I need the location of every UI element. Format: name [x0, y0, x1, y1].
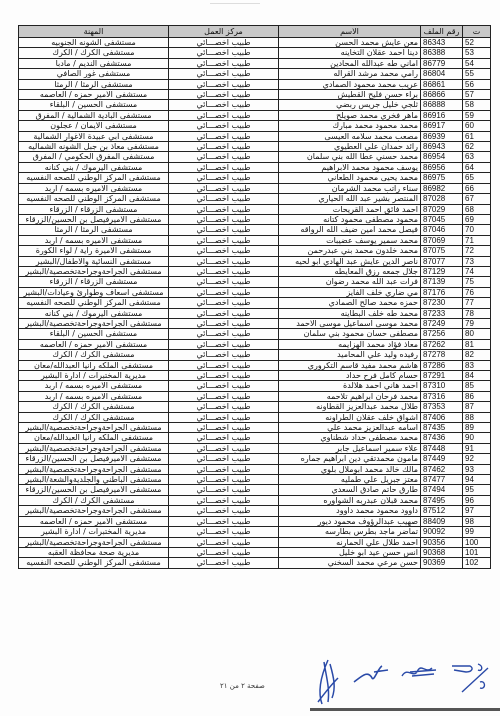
cell-work-center: طبيب اخصـــائي: [169, 142, 279, 152]
cell-seq: 56: [463, 79, 491, 89]
header-work-center: مركز العمل: [169, 26, 279, 38]
cell-profession: مستشفى الاميرفيصل بن الحسين/الزرقاء: [19, 485, 169, 495]
cell-seq: 87: [463, 402, 491, 412]
cell-work-center: طبيب اخصـــائي: [169, 547, 279, 557]
cell-work-center: طبيب اخصـــائي: [169, 121, 279, 131]
header-mark: [210, 3, 260, 4]
cell-profession: مستشفى الشونه الجنوبيه: [19, 38, 169, 48]
table-row: 8387286هاشم محمد مفيد قاسم التكروريطبيب …: [19, 360, 491, 370]
cell-profession: مستشفى الكرك / الكرك: [19, 48, 169, 58]
table-row: 7687176مي ضاري خلف الفايزطبيب اخصـــائيم…: [19, 287, 491, 297]
cell-name: فرات عبد الله محمد رضوان: [279, 277, 421, 287]
table-row: 8887406اشواق خلف عقلان الطراونهطبيب اخصـ…: [19, 412, 491, 422]
cell-seq: 73: [463, 256, 491, 266]
cell-profession: مستشفى الاميره بسمه / اربد: [19, 235, 169, 245]
table-row: 8987435اسامه عبدالعزيز محمد عليطبيب اخصـ…: [19, 423, 491, 433]
cell-profession: مستشفى المركز الوطني للصحه النفسيه: [19, 194, 169, 204]
table-row: 10090356احمد طلال علي الحمارنهطبيب اخصــ…: [19, 537, 491, 547]
table-row: 8787353طلال محمد عبدالعزيز القطاونهطبيب …: [19, 402, 491, 412]
cell-work-center: طبيب اخصـــائي: [169, 214, 279, 224]
cell-name: داوود محمود محمد داوود: [279, 506, 421, 516]
cell-seq: 64: [463, 162, 491, 172]
signature-1-icon: [310, 658, 345, 708]
cell-work-center: طبيب اخصـــائي: [169, 339, 279, 349]
table-row: 6987045محمود مصطفى محمود كتانهطبيب اخصــ…: [19, 214, 491, 224]
cell-profession: مستشفى ابي عبيدة الاغوار الشمالية: [19, 131, 169, 141]
cell-seq: 65: [463, 173, 491, 183]
page-number: صفحة ٢ من ٢١: [220, 682, 265, 690]
cell-file-no: 90368: [421, 547, 463, 557]
cell-seq: 57: [463, 90, 491, 100]
cell-file-no: 87286: [421, 360, 463, 370]
cell-profession: مستشفى اليرموك / بني كنانه: [19, 162, 169, 172]
cell-name: محمود مصطفى محمود كتانه: [279, 214, 421, 224]
cell-seq: 72: [463, 246, 491, 256]
cell-file-no: 87069: [421, 235, 463, 245]
cell-profession: مستشفى الامير حمزه / العاصمه: [19, 90, 169, 100]
cell-file-no: 87495: [421, 495, 463, 505]
cell-work-center: طبيب اخصـــائي: [169, 454, 279, 464]
cell-work-center: طبيب اخصـــائي: [169, 412, 279, 422]
cell-seq: 83: [463, 360, 491, 370]
signature-4-icon: [448, 660, 493, 695]
cell-profession: مستشفى غور الصافي: [19, 69, 169, 79]
cell-name: اماني طه عبدالله المحادين: [279, 58, 421, 68]
cell-profession: مستشفى النسائية والاطفال/البشير: [19, 256, 169, 266]
cell-name: انس حسن عيد ابو خليل: [279, 547, 421, 557]
cell-name: محمد مصطفى حداد شطناوي: [279, 433, 421, 443]
cell-name: سناء راتب محمد الشرمان: [279, 183, 421, 193]
table-row: 5686861عريب محمد محمود الصماديطبيب اخصــ…: [19, 79, 491, 89]
cell-profession: مستشفى البادية الشمالية / المفرق: [19, 110, 169, 120]
cell-seq: 69: [463, 214, 491, 224]
cell-file-no: 87316: [421, 391, 463, 401]
cell-file-no: 86943: [421, 142, 463, 152]
cell-work-center: طبيب اخصـــائي: [169, 402, 279, 412]
cell-name: معتز جبريل علي طمليه: [279, 475, 421, 485]
table-row: 5986916ماهر فخري محمد صويلحطبيب اخصـــائ…: [19, 110, 491, 120]
cell-seq: 101: [463, 547, 491, 557]
cell-work-center: طبيب اخصـــائي: [169, 423, 279, 433]
cell-file-no: 86888: [421, 100, 463, 110]
cell-work-center: طبيب اخصـــائي: [169, 225, 279, 235]
cell-file-no: 87462: [421, 464, 463, 474]
cell-file-no: 87353: [421, 402, 463, 412]
cell-seq: 78: [463, 308, 491, 318]
cell-profession: مستشفى الاميره بسمه / اربد: [19, 183, 169, 193]
cell-profession: مستشفى الجراحةوجراحةتخصصية/البشير: [19, 266, 169, 276]
table-row: 9990092تماضر ماجد بطرس بطارسهطبيب اخصـــ…: [19, 527, 491, 537]
cell-name: طارق حاتم صادق السعدي: [279, 485, 421, 495]
cell-seq: 61: [463, 131, 491, 141]
cell-name: مصعب محمد سلامه العيسى: [279, 131, 421, 141]
cell-profession: مديرية صحة محافظة العقبه: [19, 547, 169, 557]
cell-file-no: 87406: [421, 412, 463, 422]
cell-name: محمد يحيى محمود الطعاني: [279, 173, 421, 183]
staff-table: ت رقم الملف الاسم مركز العمل المهنة 5286…: [18, 25, 491, 569]
cell-seq: 55: [463, 69, 491, 79]
cell-name: علاء سمير اسماعيل جابر: [279, 443, 421, 453]
table-row: 8687316محمد فرحان ابراهيم تلاحمهطبيب اخص…: [19, 391, 491, 401]
table-row: 7987249محمد موسى اسماعيل موسى الاحمدطبيب…: [19, 318, 491, 328]
table-row: 6887029احمد فائق احمد القريحاتطبيب اخصــ…: [19, 204, 491, 214]
cell-seq: 97: [463, 506, 491, 516]
cell-file-no: 87310: [421, 381, 463, 391]
cell-work-center: طبيب اخصـــائي: [169, 527, 279, 537]
cell-seq: 91: [463, 443, 491, 453]
table-row: 9687495محمد قبلان عبدربه الشواورهطبيب اخ…: [19, 495, 491, 505]
cell-file-no: 87256: [421, 329, 463, 339]
cell-file-no: 87029: [421, 204, 463, 214]
cell-file-no: 90356: [421, 537, 463, 547]
cell-file-no: 86779: [421, 58, 463, 68]
cell-name: اشواق خلف عقلان الطراونه: [279, 412, 421, 422]
cell-name: طلال محمد عبدالعزيز القطاونه: [279, 402, 421, 412]
cell-profession: مستشفى المركز الوطني للصحه النفسيه: [19, 298, 169, 308]
cell-name: اسامه عبدالعزيز محمد علي: [279, 423, 421, 433]
cell-name: ماهر فخري محمد صويلح: [279, 110, 421, 120]
cell-file-no: 87077: [421, 256, 463, 266]
table-row: 8287278رفيده وليد علي المحاميدطبيب اخصــ…: [19, 350, 491, 360]
cell-profession: مستشفى الجراحةوجراحةتخصصية/البشير: [19, 423, 169, 433]
cell-name: محمد محمود محمد مبارك: [279, 121, 421, 131]
cell-name: عريب محمد محمود الصمادي: [279, 79, 421, 89]
cell-profession: مستشفى اليرموك / بني كنانه: [19, 308, 169, 318]
cell-seq: 54: [463, 58, 491, 68]
cell-name: جلال جمعه رزق المعايطه: [279, 266, 421, 276]
table-row: 9287449مامون محمدتقي دين ابراهيم جمارهطب…: [19, 454, 491, 464]
cell-profession: مستشفى الجراحةوجراحةتخصصية/البشير: [19, 537, 169, 547]
cell-profession: مستشفى الكرك / الكرك: [19, 412, 169, 422]
cell-file-no: 87494: [421, 485, 463, 495]
cell-file-no: 86975: [421, 173, 463, 183]
cell-profession: مستشفى الايمان / عجلون: [19, 121, 169, 131]
cell-name: معاذ فؤاد محمد الهزايمه: [279, 339, 421, 349]
cell-file-no: 87249: [421, 318, 463, 328]
cell-name: حسن مرعي محمد السخني: [279, 558, 421, 568]
cell-name: رائد حمدان علي العطيوي: [279, 142, 421, 152]
cell-file-no: 87230: [421, 298, 463, 308]
table-row: 5486779اماني طه عبدالله المحادينطبيب اخص…: [19, 58, 491, 68]
header-seq: ت: [463, 26, 491, 38]
cell-seq: 94: [463, 475, 491, 485]
cell-work-center: طبيب اخصـــائي: [169, 38, 279, 48]
table-row: 9087436محمد مصطفى حداد شطناويطبيب اخصـــ…: [19, 433, 491, 443]
header-profession: المهنة: [19, 26, 169, 38]
cell-seq: 67: [463, 194, 491, 204]
cell-profession: مستشفى معاذ بن جبل الشونه الشماليه: [19, 142, 169, 152]
cell-work-center: طبيب اخصـــائي: [169, 90, 279, 100]
cell-seq: 52: [463, 38, 491, 48]
cell-file-no: 87512: [421, 506, 463, 516]
cell-seq: 81: [463, 339, 491, 349]
document-page: ت رقم الملف الاسم مركز العمل المهنة 5286…: [0, 0, 500, 716]
table-row: 10290369حسن مرعي محمد السخنيطبيب اخصـــا…: [19, 558, 491, 568]
cell-work-center: طبيب اخصـــائي: [169, 48, 279, 58]
cell-file-no: 86804: [421, 69, 463, 79]
cell-work-center: طبيب اخصـــائي: [169, 204, 279, 214]
cell-profession: مستشفى الحسين / البلقاء: [19, 100, 169, 110]
table-row: 7187069محمد سمير يوسف عضيباتطبيب اخصـــا…: [19, 235, 491, 245]
cell-seq: 102: [463, 558, 491, 568]
cell-name: رفيده وليد علي المحاميد: [279, 350, 421, 360]
cell-work-center: طبيب اخصـــائي: [169, 235, 279, 245]
cell-name: رامي محمد مرشد القراله: [279, 69, 421, 79]
cell-work-center: طبيب اخصـــائي: [169, 381, 279, 391]
cell-file-no: 90092: [421, 527, 463, 537]
cell-seq: 93: [463, 464, 491, 474]
table-row: 9487477معتز جبريل علي طمليهطبيب اخصـــائ…: [19, 475, 491, 485]
cell-work-center: طبيب اخصـــائي: [169, 537, 279, 547]
table-row: 7887233محمد طه خلف البطاينهطبيب اخصـــائ…: [19, 308, 491, 318]
cell-file-no: 86866: [421, 90, 463, 100]
table-body: 5286343معن عايش محمد الحسنطبيب اخصـــائي…: [19, 38, 491, 569]
cell-seq: 62: [463, 142, 491, 152]
cell-profession: مستشفى النديم / مادبا: [19, 58, 169, 68]
cell-seq: 58: [463, 100, 491, 110]
cell-file-no: 88409: [421, 516, 463, 526]
header-file-no: رقم الملف: [421, 26, 463, 38]
cell-profession: مستشفى الجراحةوجراحةتخصصية/البشير: [19, 443, 169, 453]
table-row: 6486956يوسف محمود محمد الابراهيمطبيب اخص…: [19, 162, 491, 172]
cell-seq: 100: [463, 537, 491, 547]
cell-profession: مستشفى الرمثا / الرمثا: [19, 79, 169, 89]
cell-file-no: 86954: [421, 152, 463, 162]
cell-seq: 89: [463, 423, 491, 433]
cell-file-no: 86388: [421, 48, 463, 58]
cell-profession: مستشفى الامير حمزه / العاصمه: [19, 516, 169, 526]
table-row: 8087256مصطفى حسان محمود بني سلمانطبيب اخ…: [19, 329, 491, 339]
cell-seq: 95: [463, 485, 491, 495]
table-row: 8487291حسام كامل فرح حدادطبيب اخصـــائيم…: [19, 371, 491, 381]
cell-name: براء حسن فليح القطيش: [279, 90, 421, 100]
cell-name: محمد حسني عطا الله بني سلمان: [279, 152, 421, 162]
cell-work-center: طبيب اخصـــائي: [169, 475, 279, 485]
cell-name: احمد طلال علي الحمارنه: [279, 537, 421, 547]
cell-name: احمد فائق احمد القريحات: [279, 204, 421, 214]
cell-seq: 74: [463, 266, 491, 276]
cell-name: محمد قبلان عبدربه الشواوره: [279, 495, 421, 505]
cell-work-center: طبيب اخصـــائي: [169, 256, 279, 266]
table-row: 6186939مصعب محمد سلامه العيسىطبيب اخصـــ…: [19, 131, 491, 141]
table-row: 6386954محمد حسني عطا الله بني سلمانطبيب …: [19, 152, 491, 162]
cell-name: هاشم محمد مفيد قاسم التكروري: [279, 360, 421, 370]
cell-profession: مستشفى الجراحةوجراحةتخصصية/البشير: [19, 464, 169, 474]
cell-seq: 84: [463, 371, 491, 381]
cell-work-center: طبيب اخصـــائي: [169, 360, 279, 370]
cell-seq: 82: [463, 350, 491, 360]
cell-name: مامون محمدتقي دين ابراهيم جماره: [279, 454, 421, 464]
table-row: 8587310احمد هاني احمد هلالدةطبيب اخصـــا…: [19, 381, 491, 391]
table-row: 5386388دينا احمد عقلان التخاينهطبيب اخصـ…: [19, 48, 491, 58]
cell-name: محمد طه خلف البطاينه: [279, 308, 421, 318]
cell-profession: مديرية المختبرات / ادارة البشير: [19, 527, 169, 537]
cell-file-no: 87477: [421, 475, 463, 485]
cell-name: ثلجي خليل جريس ربضي: [279, 100, 421, 110]
cell-profession: مستشفى المركز الوطني للصحه النفسيه: [19, 558, 169, 568]
cell-work-center: طبيب اخصـــائي: [169, 131, 279, 141]
signature-2-icon: [352, 662, 392, 687]
cell-file-no: 87278: [421, 350, 463, 360]
cell-profession: مستشفى الحسين / البلقاء: [19, 329, 169, 339]
cell-seq: 76: [463, 287, 491, 297]
table-row: 7787230حمزه محمد صالح الصماديطبيب اخصـــ…: [19, 298, 491, 308]
cell-profession: مستشفى الملكه رانيا العبدالله/معان: [19, 433, 169, 443]
cell-seq: 99: [463, 527, 491, 537]
cell-name: محمد خلدون محمد بني عبدرحمن: [279, 246, 421, 256]
cell-work-center: طبيب اخصـــائي: [169, 318, 279, 328]
table-row: 7487129جلال جمعه رزق المعايطهطبيب اخصـــ…: [19, 266, 491, 276]
cell-seq: 53: [463, 48, 491, 58]
cell-file-no: 87448: [421, 443, 463, 453]
table-row: 6086917محمد محمود محمد مباركطبيب اخصـــا…: [19, 121, 491, 131]
cell-file-no: 87435: [421, 423, 463, 433]
cell-work-center: طبيب اخصـــائي: [169, 391, 279, 401]
cell-profession: مستشفى المركز الوطني للصحه النفسيه: [19, 173, 169, 183]
cell-profession: مستشفى الاميرفيصل بن الحسين/الزرقاء: [19, 454, 169, 464]
cell-seq: 86: [463, 391, 491, 401]
cell-name: محمد فرحان ابراهيم تلاحمه: [279, 391, 421, 401]
cell-work-center: طبيب اخصـــائي: [169, 79, 279, 89]
cell-profession: مديرية المختبرات / ادارة البشير: [19, 371, 169, 381]
cell-name: مصطفى حسان محمود بني سلمان: [279, 329, 421, 339]
cell-file-no: 87129: [421, 266, 463, 276]
signature-3-icon: [400, 660, 440, 685]
cell-file-no: 87139: [421, 277, 463, 287]
table-row: 6286943رائد حمدان علي العطيويطبيب اخصـــ…: [19, 142, 491, 152]
cell-file-no: 87436: [421, 433, 463, 443]
cell-name: معن عايش محمد الحسن: [279, 38, 421, 48]
table-row: 9787512داوود محمود محمد داوودطبيب اخصـــ…: [19, 506, 491, 516]
cell-profession: مستشفى الكرك / الكرك: [19, 495, 169, 505]
cell-profession: مستشفى الملكه رانيا العبدالله/معان: [19, 360, 169, 370]
cell-profession: مستشفى الاميره بسمه / اربد: [19, 381, 169, 391]
cell-file-no: 87233: [421, 308, 463, 318]
table-row: 5286343معن عايش محمد الحسنطبيب اخصـــائي…: [19, 38, 491, 48]
cell-file-no: 87075: [421, 246, 463, 256]
cell-file-no: 86343: [421, 38, 463, 48]
cell-name: دينا احمد عقلان التخاينه: [279, 48, 421, 58]
cell-file-no: 86939: [421, 131, 463, 141]
cell-seq: 98: [463, 516, 491, 526]
table-row: 9187448علاء سمير اسماعيل جابرطبيب اخصـــ…: [19, 443, 491, 453]
cell-work-center: طبيب اخصـــائي: [169, 194, 279, 204]
table-row: 7387077ناصر الدين عايش عبد الهادي ابو لح…: [19, 256, 491, 266]
cell-file-no: 86861: [421, 79, 463, 89]
table-row: 7287075محمد خلدون محمد بني عبدرحمنطبيب ا…: [19, 246, 491, 256]
cell-work-center: طبيب اخصـــائي: [169, 266, 279, 276]
cell-name: المنتصر بشير عبد الله الحياري: [279, 194, 421, 204]
cell-seq: 63: [463, 152, 491, 162]
cell-name: حمزه محمد صالح الصمادي: [279, 298, 421, 308]
cell-work-center: طبيب اخصـــائي: [169, 183, 279, 193]
header-name: الاسم: [279, 26, 421, 38]
cell-file-no: 86917: [421, 121, 463, 131]
cell-profession: مستشفى الرمثا / الرمثا: [19, 225, 169, 235]
cell-seq: 85: [463, 381, 491, 391]
cell-profession: مستشفى الاميره بسمه / اربد: [19, 391, 169, 401]
cell-profession: مستشفى الجراحةوجراحةتخصصية/البشير: [19, 506, 169, 516]
cell-file-no: 87028: [421, 194, 463, 204]
cell-profession: مستشفى الامير حمزه / العاصمه: [19, 339, 169, 349]
cell-profession: مستشفى الزرقاء / الزرقاء: [19, 204, 169, 214]
cell-work-center: طبيب اخصـــائي: [169, 152, 279, 162]
cell-name: فيصل محمد امين ضيف الله الرواقه: [279, 225, 421, 235]
table-row: 9888409صهيب عبدالرؤوف محمود ديورطبيب اخص…: [19, 516, 491, 526]
cell-file-no: 87291: [421, 371, 463, 381]
table-row: 7087046فيصل محمد امين ضيف الله الرواقهطب…: [19, 225, 491, 235]
cell-work-center: طبيب اخصـــائي: [169, 506, 279, 516]
cell-seq: 70: [463, 225, 491, 235]
cell-profession: مستشفى المفرق الحكومي / المفرق: [19, 152, 169, 162]
table-row: 8187262معاذ فؤاد محمد الهزايمهطبيب اخصــ…: [19, 339, 491, 349]
table-row: 7587139فرات عبد الله محمد رضوانطبيب اخصـ…: [19, 277, 491, 287]
cell-name: صهيب عبدالرؤوف محمود ديور: [279, 516, 421, 526]
cell-name: محمد موسى اسماعيل موسى الاحمد: [279, 318, 421, 328]
cell-file-no: 86982: [421, 183, 463, 193]
table-row: 6787028المنتصر بشير عبد الله الحياريطبيب…: [19, 194, 491, 204]
cell-name: مي ضاري خلف الفايز: [279, 287, 421, 297]
cell-work-center: طبيب اخصـــائي: [169, 69, 279, 79]
cell-file-no: 86956: [421, 162, 463, 172]
cell-work-center: طبيب اخصـــائي: [169, 464, 279, 474]
cell-work-center: طبيب اخصـــائي: [169, 433, 279, 443]
cell-name: ناصر الدين عايش عبد الهادي ابو لحيه: [279, 256, 421, 266]
cell-seq: 59: [463, 110, 491, 120]
cell-seq: 80: [463, 329, 491, 339]
cell-work-center: طبيب اخصـــائي: [169, 110, 279, 120]
cell-name: يوسف محمود محمد الابراهيم: [279, 162, 421, 172]
cell-name: حسام كامل فرح حداد: [279, 371, 421, 381]
cell-seq: 60: [463, 121, 491, 131]
cell-name: مالك خالد محمد ابوملال بلوي: [279, 464, 421, 474]
cell-work-center: طبيب اخصـــائي: [169, 308, 279, 318]
table-row: 5786866براء حسن فليح القطيشطبيب اخصـــائ…: [19, 90, 491, 100]
cell-name: تماضر ماجد بطرس بطارسه: [279, 527, 421, 537]
cell-seq: 79: [463, 318, 491, 328]
cell-file-no: 86916: [421, 110, 463, 120]
cell-file-no: 87262: [421, 339, 463, 349]
cell-work-center: طبيب اخصـــائي: [169, 287, 279, 297]
table-row: 5886888ثلجي خليل جريس ربضيطبيب اخصـــائي…: [19, 100, 491, 110]
cell-seq: 92: [463, 454, 491, 464]
cell-file-no: 87449: [421, 454, 463, 464]
cell-file-no: 87046: [421, 225, 463, 235]
cell-work-center: طبيب اخصـــائي: [169, 495, 279, 505]
cell-seq: 90: [463, 433, 491, 443]
cell-work-center: طبيب اخصـــائي: [169, 100, 279, 110]
cell-profession: مستشفى الجراحةوجراحةتخصصية/البشير: [19, 318, 169, 328]
cell-seq: 66: [463, 183, 491, 193]
cell-seq: 96: [463, 495, 491, 505]
cell-file-no: 90369: [421, 558, 463, 568]
cell-work-center: طبيب اخصـــائي: [169, 443, 279, 453]
table-row: 9587494طارق حاتم صادق السعديطبيب اخصـــا…: [19, 485, 491, 495]
cell-profession: مستشفى الكرك / الكرك: [19, 402, 169, 412]
cell-name: محمد سمير يوسف عضيبات: [279, 235, 421, 245]
cell-seq: 88: [463, 412, 491, 422]
cell-profession: مستشفى الزرقاء / الزرقاء: [19, 277, 169, 287]
cell-work-center: طبيب اخصـــائي: [169, 173, 279, 183]
cell-work-center: طبيب اخصـــائي: [169, 58, 279, 68]
cell-seq: 71: [463, 235, 491, 245]
cell-file-no: 87045: [421, 214, 463, 224]
cell-work-center: طبيب اخصـــائي: [169, 298, 279, 308]
cell-name: احمد هاني احمد هلالدة: [279, 381, 421, 391]
cell-work-center: طبيب اخصـــائي: [169, 558, 279, 568]
cell-work-center: طبيب اخصـــائي: [169, 516, 279, 526]
cell-profession: مستشفى الكرك / الكرك: [19, 350, 169, 360]
